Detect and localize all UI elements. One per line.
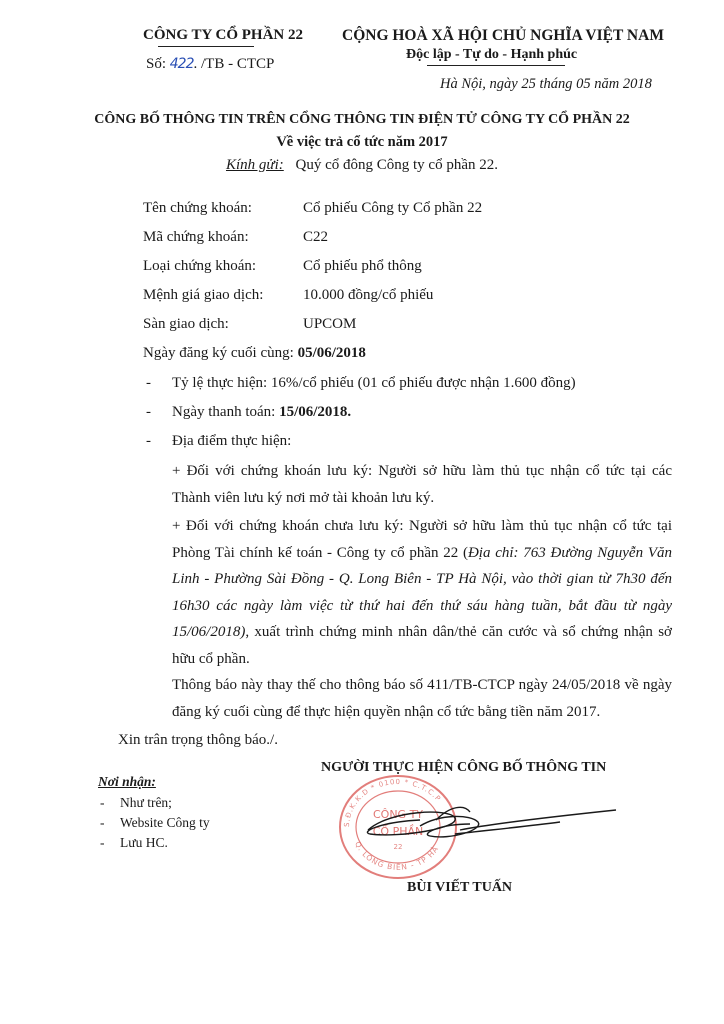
paragraph-undeposited: + Đối với chứng khoán chưa lưu ký: Người… (172, 513, 672, 672)
nation-heading: CỘNG HOÀ XÃ HỘI CHỦ NGHĨA VIỆT NAM (342, 27, 664, 45)
recipient-item: Lưu HC. (120, 835, 168, 851)
document-subject: Về việc trả cổ tức năm 2017 (0, 134, 724, 151)
doc-number-handwritten: 422 (170, 56, 194, 72)
payment-date-label: Ngày thanh toán: (172, 404, 275, 420)
doc-number-suffix: . /TB - CTCP (194, 56, 275, 72)
bullet-marker: - (146, 404, 151, 421)
place-date: Hà Nội, ngày 25 tháng 05 năm 2018 (440, 76, 652, 93)
document-number: Số: 422. /TB - CTCP (146, 56, 274, 73)
company-name-underline (158, 46, 254, 47)
paragraph-replacement: Thông báo này thay thế cho thông báo số … (172, 672, 672, 725)
info-label: Mã chứng khoán: (143, 229, 249, 246)
info-value: C22 (303, 229, 328, 246)
bullet-payment-date: Ngày thanh toán: 15/06/2018. (172, 404, 351, 421)
recipient-marker: - (100, 835, 105, 851)
recipient-item: Như trên; (120, 795, 172, 811)
info-value: 10.000 đồng/cổ phiếu (303, 287, 433, 304)
record-date-value: 05/06/2018 (298, 345, 366, 361)
info-value: UPCOM (303, 316, 356, 333)
recipients-title: Nơi nhận: (98, 774, 156, 790)
signer-name: BÙI VIẾT TUẤN (407, 880, 512, 896)
record-date: Ngày đăng ký cuối cùng: 05/06/2018 (143, 345, 366, 362)
addressee-line: Kính gửi: Quý cổ đông Công ty cổ phần 22… (0, 157, 724, 174)
signer-title: NGƯỜI THỰC HIỆN CÔNG BỐ THÔNG TIN (321, 760, 606, 776)
document-title: CÔNG BỐ THÔNG TIN TRÊN CỔNG THÔNG TIN ĐI… (0, 112, 724, 128)
recipient-marker: - (100, 795, 105, 811)
signature-scribble-icon (360, 800, 620, 850)
recipient-marker: - (100, 815, 105, 831)
closing-line: Xin trân trọng thông báo./. (118, 732, 278, 749)
bullet-marker: - (146, 375, 151, 392)
motto-underline (427, 65, 565, 66)
info-value: Cổ phiếu Công ty Cổ phần 22 (303, 200, 482, 217)
addressee-label: Kính gửi: (226, 157, 284, 173)
bullet-ratio: Tỷ lệ thực hiện: 16%/cổ phiếu (01 cổ phi… (172, 375, 576, 392)
undeposited-end: , xuất trình chứng minh nhân dân/thẻ căn… (172, 624, 672, 667)
company-name: CÔNG TY CỔ PHẦN 22 (143, 27, 303, 44)
bullet-marker: - (146, 433, 151, 450)
record-date-label: Ngày đăng ký cuối cùng: (143, 345, 294, 361)
info-value: Cổ phiếu phổ thông (303, 258, 422, 275)
info-label: Loại chứng khoán: (143, 258, 256, 275)
info-label: Tên chứng khoán: (143, 200, 252, 217)
info-label: Sàn giao dịch: (143, 316, 229, 333)
bullet-location: Địa điểm thực hiện: (172, 433, 291, 450)
addressee-value: Quý cổ đông Công ty cổ phần 22. (296, 157, 498, 173)
paragraph-deposited: + Đối với chứng khoán lưu ký: Người sở h… (172, 458, 672, 511)
doc-number-prefix: Số: (146, 56, 166, 72)
info-label: Mệnh giá giao dịch: (143, 287, 263, 304)
recipient-item: Website Công ty (120, 815, 210, 831)
national-motto: Độc lập - Tự do - Hạnh phúc (406, 47, 577, 63)
payment-date-value: 15/06/2018. (279, 404, 351, 420)
